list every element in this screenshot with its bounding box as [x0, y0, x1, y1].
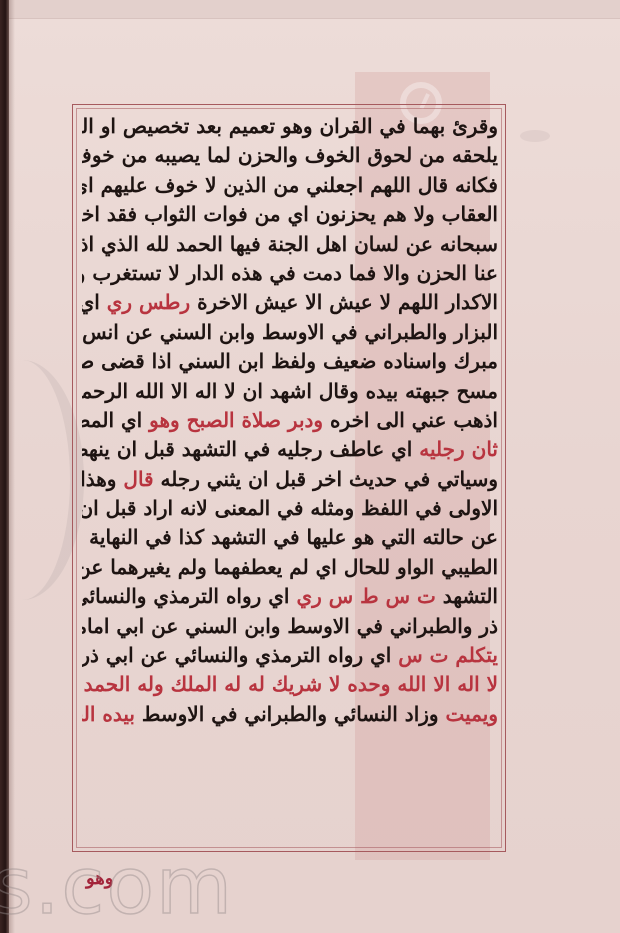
manuscript-line: يتكلم ت س اي رواه الترمذي والنسائي عن اب… [82, 641, 498, 670]
stain [520, 130, 550, 142]
body-text: العقاب ولا هم يحزنون اي من فوات الثواب ف… [82, 202, 498, 226]
rubric-text: لا اله الا الله وحده لا شريك له له الملك… [82, 672, 498, 696]
body-text: سبحانه عن لسان اهل الجنة فيها الحمد لله … [82, 232, 498, 256]
body-text: وقرئ بهما في القران وهو تعميم بعد تخصيص … [82, 114, 498, 138]
body-text: اي عاطف رجليه في التشهد قبل ان ينهض [82, 437, 419, 461]
manuscript-line: عن حالته التي هو عليها في التشهد كذا في … [82, 523, 498, 552]
manuscript-text-block: وقرئ بهما في القران وهو تعميم بعد تخصيص … [82, 112, 498, 729]
body-text: عنا الحزن والا فما دمت في هذه الدار لا ت… [82, 261, 498, 285]
rubric-text: بيده الخير [82, 702, 135, 726]
rubric-text: ثان رجليه [419, 437, 498, 461]
body-text: فكانه قال اللهم اجعلني من الذين لا خوف ع… [82, 173, 498, 197]
body-text: اي رواه [82, 290, 107, 314]
manuscript-line: لا اله الا الله وحده لا شريك له له الملك… [82, 670, 498, 699]
body-text: الاولى في اللفظ ومثله في المعنى لانه ارا… [82, 496, 498, 520]
rubric-text: ويميت [446, 702, 498, 726]
page-top-edge [0, 0, 620, 19]
body-text: البزار والطبراني في الاوسط وابن السني عن… [82, 320, 498, 344]
body-text: الطيبي الواو للحال اي لم يعطفهما ولم يغي… [82, 555, 498, 579]
manuscript-line: وقرئ بهما في القران وهو تعميم بعد تخصيص … [82, 112, 498, 141]
body-text: الاكدار اللهم لا عيش الا عيش الاخرة [190, 290, 498, 314]
body-text: عن حالته التي هو عليها في التشهد كذا في … [82, 525, 498, 549]
manuscript-line: التشهد ت س ط س ري اي رواه الترمذي والنسا… [82, 582, 498, 611]
rubric-text: ت س ط س ري [296, 584, 435, 608]
manuscript-line: مسح جبهته بيده وقال اشهد ان لا اله الا ا… [82, 377, 498, 406]
manuscript-line: وسياتي في حديث اخر قبل ان يثني رجله قال … [82, 465, 498, 494]
body-text: مسح جبهته بيده وقال اشهد ان لا اله الا ا… [82, 379, 498, 403]
manuscript-line: ويميت وزاد النسائي والطبراني في الاوسط ب… [82, 700, 498, 729]
manuscript-line: سبحانه عن لسان اهل الجنة فيها الحمد لله … [82, 230, 498, 259]
body-text: ذر والطبراني في الاوسط وابن السني عن ابي… [82, 614, 498, 638]
manuscript-line: اذهب عني الى اخره ودبر صلاة الصبح وهو اي… [82, 406, 498, 435]
rubric-text: رطس ري [107, 290, 190, 314]
manuscript-line: ذر والطبراني في الاوسط وابن السني عن ابي… [82, 612, 498, 641]
manuscript-line: الطيبي الواو للحال اي لم يعطفهما ولم يغي… [82, 553, 498, 582]
body-text: يلحقه من لحوق الخوف والحزن لما يصيبه من … [82, 143, 498, 167]
rubric-text: يتكلم ت س [398, 643, 498, 667]
body-text: وزاد النسائي والطبراني في الاوسط [135, 702, 446, 726]
body-text: وهذا اضبط [82, 467, 123, 491]
body-text: اذهب عني الى اخره [323, 408, 498, 432]
manuscript-line: يلحقه من لحوق الخوف والحزن لما يصيبه من … [82, 141, 498, 170]
book-binding-edge [0, 0, 9, 933]
body-text: اي رواه الترمذي والنسائي عن ابي [82, 584, 296, 608]
body-text: وسياتي في حديث اخر قبل ان يثني رجله [154, 467, 498, 491]
manuscript-line: الاولى في اللفظ ومثله في المعنى لانه ارا… [82, 494, 498, 523]
manuscript-line: عنا الحزن والا فما دمت في هذه الدار لا ت… [82, 259, 498, 288]
manuscript-line: العقاب ولا هم يحزنون اي من فوات الثواب ف… [82, 200, 498, 229]
rubric-text: ودبر صلاة الصبح وهو [149, 408, 323, 432]
manuscript-line: البزار والطبراني في الاوسط وابن السني عن… [82, 318, 498, 347]
body-text: اي رواه الترمذي والنسائي عن ابي ذر ايضا [82, 643, 398, 667]
manuscript-line: فكانه قال اللهم اجعلني من الذين لا خوف ع… [82, 171, 498, 200]
rubric-text: قال [123, 467, 153, 491]
binding-shadow [9, 0, 15, 933]
body-text: مبرك واسناده ضعيف ولفظ ابن السني اذا قضى… [82, 349, 498, 373]
site-watermark: s.com [0, 842, 234, 932]
body-text: اي المصلي [82, 408, 149, 432]
body-text: التشهد [436, 584, 498, 608]
manuscript-line: الاكدار اللهم لا عيش الا عيش الاخرة رطس … [82, 288, 498, 317]
manuscript-line: مبرك واسناده ضعيف ولفظ ابن السني اذا قضى… [82, 347, 498, 376]
manuscript-line: ثان رجليه اي عاطف رجليه في التشهد قبل ان… [82, 435, 498, 464]
